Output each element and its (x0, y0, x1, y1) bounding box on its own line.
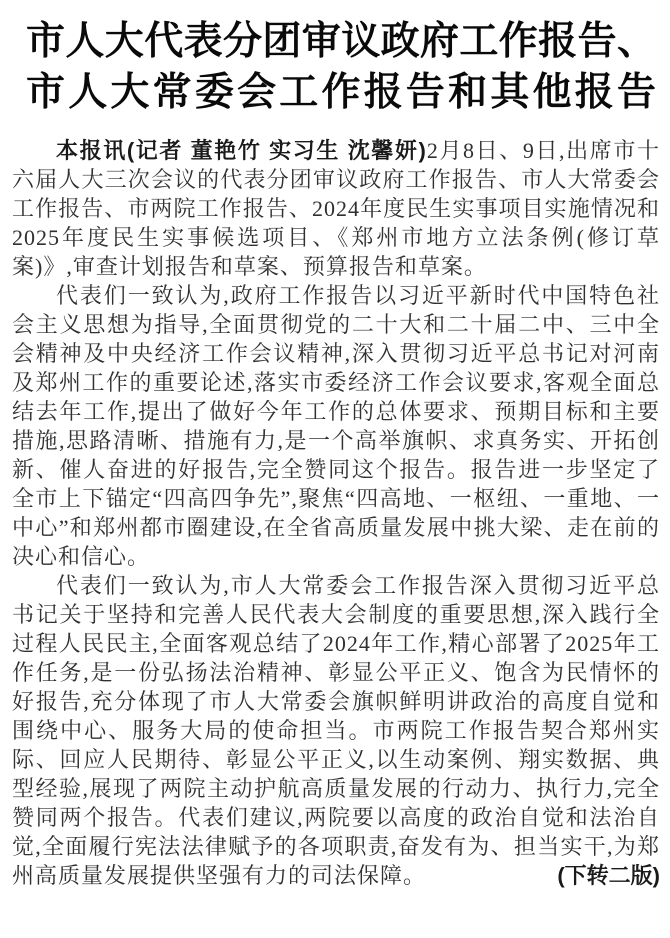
byline: (记者 董艳竹 实习生 沈馨妍) (127, 138, 427, 163)
paragraph-lead: 本报讯(记者 董艳竹 实习生 沈馨妍)2月8日、9日,出席市十六届人大三次会议的… (12, 136, 660, 281)
paragraph-3-text: 代表们一致认为,市人大常委会工作报告深入贯彻习近平总书记关于坚持和完善人民代表大… (12, 573, 660, 888)
jump-to-page-note: (下转二版) (513, 861, 660, 890)
article-title-line-1: 市人大代表分团审议政府工作报告、 (26, 16, 656, 67)
dateline-label: 本报讯 (56, 138, 127, 163)
article-title-line-2: 市人大常委会工作报告和其他报告 (26, 67, 656, 118)
paragraph-3: 代表们一致认为,市人大常委会工作报告深入贯彻习近平总书记关于坚持和完善人民代表大… (12, 571, 660, 890)
article-body: 本报讯(记者 董艳竹 实习生 沈馨妍)2月8日、9日,出席市十六届人大三次会议的… (12, 136, 660, 890)
newspaper-page: 市人大代表分团审议政府工作报告、 市人大常委会工作报告和其他报告 本报讯(记者 … (0, 0, 670, 938)
paragraph-2: 代表们一致认为,政府工作报告以习近平新时代中国特色社会主义思想为指导,全面贯彻党… (12, 281, 660, 571)
paragraph-2-text: 代表们一致认为,政府工作报告以习近平新时代中国特色社会主义思想为指导,全面贯彻党… (12, 283, 660, 569)
article-title: 市人大代表分团审议政府工作报告、 市人大常委会工作报告和其他报告 (26, 16, 656, 118)
